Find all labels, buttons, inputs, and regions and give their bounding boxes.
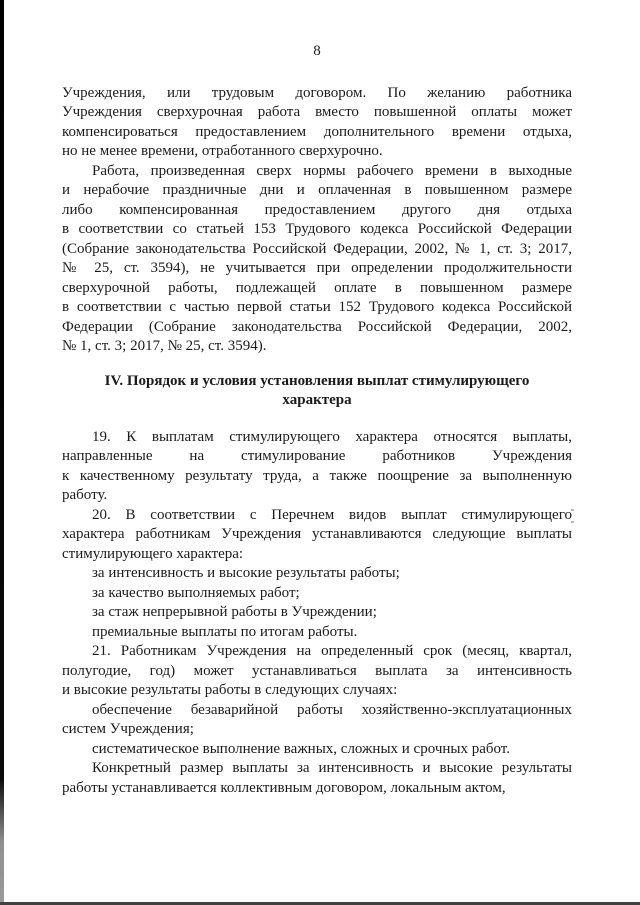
text-line: работу. [62,486,572,506]
text-line: компенсироваться предоставлением дополни… [62,123,572,143]
text-line: стимулирующего характера: [62,545,572,565]
text-line: в соответствии со статьей 153 Трудового … [62,220,572,240]
text-line: IV. Порядок и условия установления выпла… [62,372,572,392]
paragraph: за стаж непрерывной работы в Учреждении; [62,603,572,623]
paragraph: Конкретный размер выплаты за интенсивнос… [62,759,572,798]
text-line: полугодие, год) может устанавливаться вы… [62,662,572,682]
text-line: и высокие результаты работы в следующих … [62,681,572,701]
paragraph: Работа, произведенная сверх нормы рабоче… [62,162,572,357]
text-line: но не менее времени, отработанного сверх… [62,142,572,162]
document-page: 8 Учреждения, или трудовым договором. По… [0,0,640,905]
paragraph: Учреждения, или трудовым договором. По ж… [62,84,572,162]
text-line: № 1, ст. 3; 2017, № 25, ст. 3594). [62,337,572,357]
text-line: (Собрание законодательства Российской Фе… [62,240,572,260]
text-line: за качество выполняемых работ; [62,584,572,604]
paragraph: 19. К выплатам стимулирующего характера … [62,428,572,506]
paragraph: за интенсивность и высокие результаты ра… [62,564,572,584]
text-line: характера [62,391,572,411]
text-line: работы устанавливается коллективным дого… [62,779,572,799]
paragraph: обеспечение безаварийной работы хозяйств… [62,701,572,740]
text-line: 20. В соответствии с Перечнем видов выпл… [62,506,572,526]
paragraph: систематическое выполнение важных, сложн… [62,740,572,760]
text-line: Федерации (Собрание законодательства Рос… [62,318,572,338]
text-line: систематическое выполнение важных, сложн… [62,740,572,760]
text-line: 19. К выплатам стимулирующего характера … [62,428,572,448]
text-line: в соответствии с частью первой статьи 15… [62,298,572,318]
text-line: 21. Работникам Учреждения на определенны… [62,642,572,662]
text-line: № 25, ст. 3594), не учитывается при опре… [62,259,572,279]
paragraph: за качество выполняемых работ; [62,584,572,604]
text-line: Учреждения, или трудовым договором. По ж… [62,84,572,104]
scan-edge-left [0,0,4,905]
page-number: 8 [62,42,572,62]
paragraph: 21. Работникам Учреждения на определенны… [62,642,572,701]
text-line: к качественному результату труда, а такж… [62,467,572,487]
text-line: премиальные выплаты по итогам работы. [62,623,572,643]
text-line: и нерабочие праздничные дни и оплаченная… [62,181,572,201]
text-line: обеспечение безаварийной работы хозяйств… [62,701,572,721]
text-line: сверхурочной работы, подлежащей оплате в… [62,279,572,299]
text-line: Конкретный размер выплаты за интенсивнос… [62,759,572,779]
section-heading: IV. Порядок и условия установления выпла… [62,372,572,411]
page-content: 8 Учреждения, или трудовым договором. По… [62,42,572,798]
text-line: за интенсивность и высокие результаты ра… [62,564,572,584]
text-line: характера работникам Учреждения устанавл… [62,525,572,545]
text-line: направленные на стимулирование работнико… [62,447,572,467]
paragraph: 20. В соответствии с Перечнем видов выпл… [62,506,572,565]
text-line: Работа, произведенная сверх нормы рабоче… [62,162,572,182]
text-line: за стаж непрерывной работы в Учреждении; [62,603,572,623]
paragraph: премиальные выплаты по итогам работы. [62,623,572,643]
text-line: систем Учреждения; [62,720,572,740]
text-line: Учреждения сверхурочная работа вместо по… [62,103,572,123]
text-blocks: Учреждения, или трудовым договором. По ж… [62,84,572,799]
text-line: либо компенсированная предоставлением др… [62,201,572,221]
